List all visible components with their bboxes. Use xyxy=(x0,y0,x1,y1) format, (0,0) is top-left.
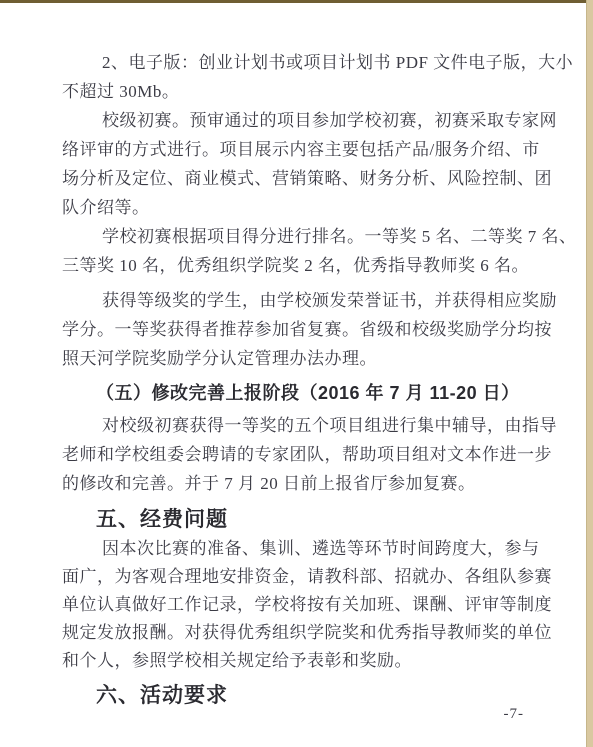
doc-line-17: 单位认真做好工作记录，学校将按有关加班、课酬、评审等制度 xyxy=(62,591,536,619)
scan-right-edge xyxy=(586,0,593,747)
doc-line-1: 2、电子版：创业计划书或项目计划书 PDF 文件电子版，大小 xyxy=(62,48,536,77)
doc-line-9: 获得等级奖的学生，由学校颁发荣誉证书，并获得相应奖励 xyxy=(62,286,536,315)
doc-line-18: 规定发放报酬。对获得优秀组织学院奖和优秀指导教师奖的单位 xyxy=(62,619,536,647)
doc-line-13: 老师和学校组委会聘请的专家团队，帮助项目组对文本作进一步 xyxy=(62,440,536,469)
heading-section-6-requirements: 六、活动要求 xyxy=(62,681,536,711)
doc-line-4: 络评审的方式进行。项目展示内容主要包括产品/服务介绍、市 xyxy=(62,135,536,164)
doc-line-11: 照天河学院奖励学分认定管理办法办理。 xyxy=(62,344,536,373)
document-page: 2、电子版：创业计划书或项目计划书 PDF 文件电子版，大小 不超过 30Mb。… xyxy=(62,48,536,711)
doc-line-7: 学校初赛根据项目得分进行排名。一等奖 5 名、二等奖 7 名、 xyxy=(62,222,536,251)
scan-top-edge xyxy=(0,0,593,3)
doc-line-2: 不超过 30Mb。 xyxy=(62,77,536,106)
doc-line-10: 学分。一等奖获得者推荐参加省复赛。省级和校级奖励学分均按 xyxy=(62,315,536,344)
doc-line-5: 场分析及定位、商业模式、营销策略、财务分析、风险控制、团 xyxy=(62,164,536,193)
heading-section-5-funding: 五、经费问题 xyxy=(62,505,536,535)
doc-line-3: 校级初赛。预审通过的项目参加学校初赛，初赛采取专家网 xyxy=(62,106,536,135)
doc-line-16: 面广，为客观合理地安排资金，请教科部、招就办、各组队参赛 xyxy=(62,563,536,591)
doc-line-15: 因本次比赛的准备、集训、遴选等环节时间跨度大，参与 xyxy=(62,535,536,563)
doc-line-14: 的修改和完善。并于 7 月 20 日前上报省厅参加复赛。 xyxy=(62,469,536,498)
page-number: -7- xyxy=(504,706,525,723)
doc-line-19: 和个人，参照学校相关规定给予表彰和奖励。 xyxy=(62,647,536,675)
doc-line-6: 队介绍等。 xyxy=(62,193,536,222)
heading-stage-5-revision: （五）修改完善上报阶段（2016 年 7 月 11-20 日） xyxy=(62,378,536,408)
doc-line-12: 对校级初赛获得一等奖的五个项目组进行集中辅导，由指导 xyxy=(62,411,536,440)
doc-line-8: 三等奖 10 名，优秀组织学院奖 2 名，优秀指导教师奖 6 名。 xyxy=(62,251,536,280)
